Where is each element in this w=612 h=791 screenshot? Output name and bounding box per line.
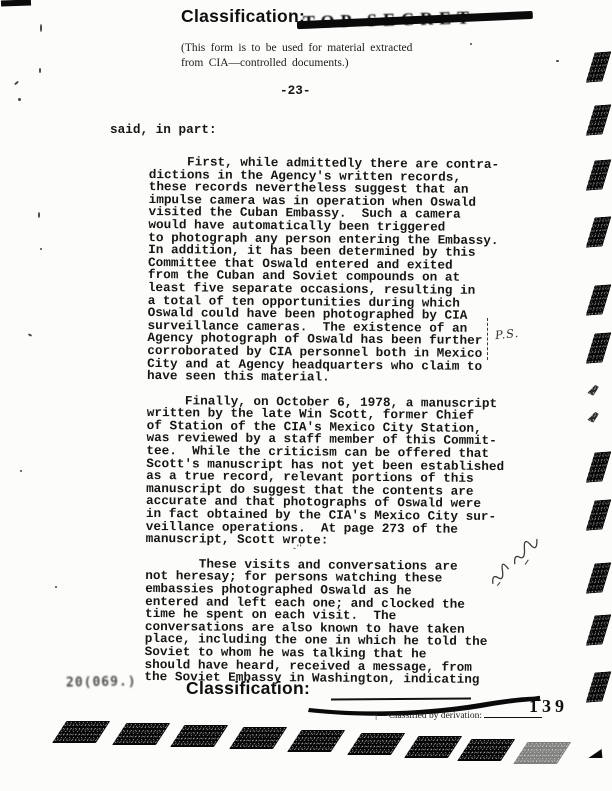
paragraph-first: First, while admittedly there are contra…	[147, 156, 507, 386]
film-stripe-bottom	[287, 730, 345, 752]
film-stripe-bottom	[513, 742, 571, 764]
form-usage-note: (This form is to be used for material ex…	[181, 41, 461, 71]
stray-ink-mark: -''	[293, 543, 302, 553]
ink-speck	[14, 81, 19, 86]
ink-speck	[20, 470, 22, 472]
film-stripe-right-small	[586, 411, 600, 423]
typed-text-block: First, while admittedly there are contra…	[144, 156, 506, 687]
scan-edge-mark	[1, 0, 31, 7]
document-page: Classification: TOP SECRET (This form is…	[0, 0, 612, 791]
ink-speck	[38, 212, 40, 218]
classified-by-derivation: ·|—Classified by derivation:	[372, 709, 542, 721]
film-stripe-right	[586, 159, 612, 190]
film-stripe-right	[586, 562, 612, 593]
ink-speck	[18, 98, 21, 101]
ink-speck	[39, 68, 41, 73]
film-stripe-bottom	[347, 733, 405, 755]
film-stripe-right	[586, 51, 612, 82]
film-stripe-bottom	[404, 736, 462, 758]
film-stripe-bottom	[112, 723, 170, 745]
lead-in-text: said, in part:	[110, 124, 217, 137]
handwritten-margin-note: P.S.	[494, 326, 520, 342]
ink-speck	[28, 333, 32, 337]
margin-bracket-line	[487, 318, 488, 360]
film-stripe-bottom	[52, 721, 110, 743]
ink-speck	[556, 60, 559, 62]
classification-label-bottom: Classification:	[186, 678, 310, 699]
film-stripe-bottom-small	[588, 749, 607, 758]
classification-label-top: Classification:	[181, 6, 305, 27]
film-stripe-bottom	[457, 739, 515, 761]
film-stripe-bottom	[229, 727, 287, 749]
derivation-dash: ·|—	[372, 711, 387, 721]
ink-speck	[55, 586, 57, 588]
form-usage-note-line1: (This form is to be used for material ex…	[181, 41, 461, 56]
ink-speck	[40, 248, 42, 250]
film-stripe-right	[586, 451, 612, 482]
document-number-stamp: 20(069.)	[66, 674, 137, 690]
paragraph-finally: Finally, on October 6, 1978, a manuscrip…	[146, 395, 505, 549]
film-stripe-right	[586, 284, 612, 315]
film-stripe-right	[586, 671, 612, 702]
page-number-stamp: 139	[529, 696, 568, 717]
film-stripe-right-small	[586, 384, 600, 396]
film-stripe-right	[586, 104, 612, 135]
ink-speck	[40, 24, 42, 32]
paragraph-quote: These visits and conversations are not h…	[144, 558, 503, 687]
film-stripe-right	[586, 499, 612, 530]
film-stripe-right	[586, 216, 612, 247]
film-stripe-right	[586, 614, 612, 645]
page-number-top: -23-	[280, 85, 310, 98]
film-stripe-right	[586, 332, 612, 363]
ink-speck	[470, 43, 472, 45]
top-secret-stamp: TOP SECRET	[303, 6, 532, 42]
derivation-label: Classified by derivation:	[389, 711, 482, 721]
form-usage-note-line2: from CIA—controlled documents.)	[181, 56, 461, 71]
film-stripe-bottom	[170, 725, 228, 747]
